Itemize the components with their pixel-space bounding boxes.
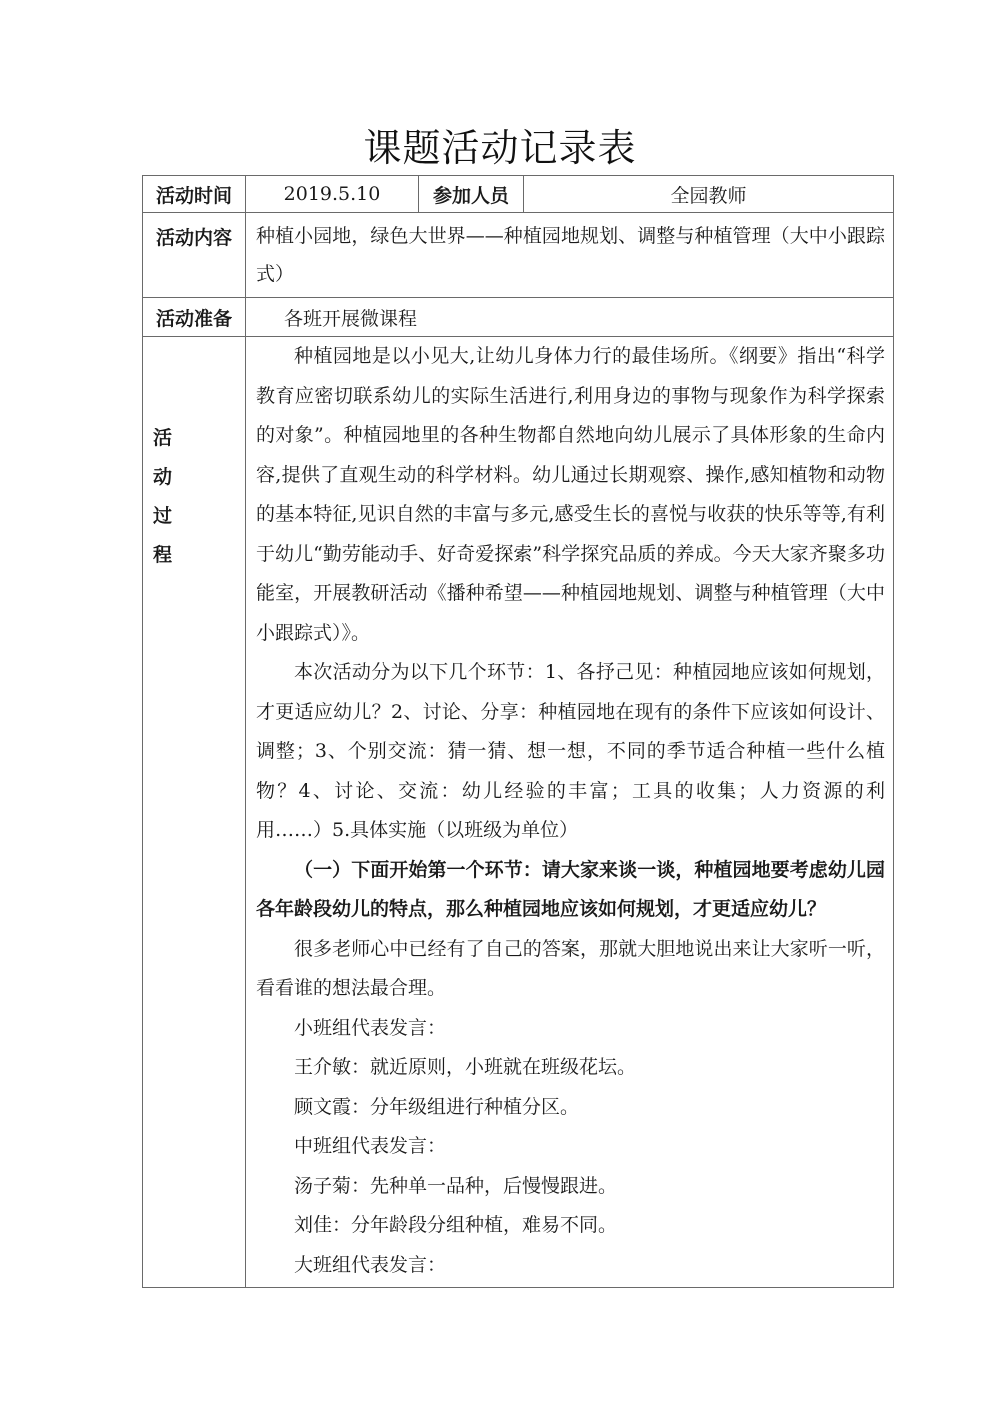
time-value: 2019.5.10 xyxy=(246,176,419,213)
speaker-line: 汤子菊：先种单一品种，后慢慢跟进。 xyxy=(256,1167,885,1207)
speaker-line: 王介敏：就近原则，小班就在班级花坛。 xyxy=(256,1048,885,1088)
prep-row: 活动准备 各班开展微课程 xyxy=(143,298,894,337)
process-label-char: 程 xyxy=(153,536,245,575)
process-paragraph-intro: 种植园地是以小见大,让幼儿身体力行的最佳场所。《纲要》指出“科学教育应密切联系幼… xyxy=(256,337,885,653)
process-label: 活 动 过 程 xyxy=(143,337,245,575)
speaker-group-small: 小班组代表发言： xyxy=(256,1009,885,1049)
process-row: 活 动 过 程 种植园地是以小见大,让幼儿身体力行的最佳场所。《纲要》指出“科学… xyxy=(143,337,894,1288)
speaker-line: 顾文霞：分年级组进行种植分区。 xyxy=(256,1088,885,1128)
process-label-char: 动 xyxy=(153,458,245,497)
speaker-line: 刘佳：分年龄段分组种植，难易不同。 xyxy=(256,1206,885,1246)
process-label-char: 活 xyxy=(153,419,245,458)
process-paragraph-agenda: 本次活动分为以下几个环节：1、各抒己见：种植园地应该如何规划，才更适应幼儿？2、… xyxy=(256,653,885,851)
participants-value: 全园教师 xyxy=(524,176,894,213)
prep-label: 活动准备 xyxy=(143,298,246,337)
speaker-group-large: 大班组代表发言： xyxy=(256,1246,885,1286)
process-label-char: 过 xyxy=(153,497,245,536)
content-label: 活动内容 xyxy=(143,213,246,298)
speaker-group-middle: 中班组代表发言： xyxy=(256,1127,885,1167)
process-content: 种植园地是以小见大,让幼儿身体力行的最佳场所。《纲要》指出“科学教育应密切联系幼… xyxy=(246,337,894,1288)
page-title: 课题活动记录表 xyxy=(0,122,1000,174)
process-paragraph-invite: 很多老师心中已经有了自己的答案，那就大胆地说出来让大家听一听，看看谁的想法最合理… xyxy=(256,930,885,1009)
process-paragraph-section-one: （一）下面开始第一个环节：请大家来谈一谈，种植园地要考虑幼儿园各年龄段幼儿的特点… xyxy=(256,851,885,930)
process-label-cell: 活 动 过 程 xyxy=(143,337,246,1288)
content-row: 活动内容 种植小园地，绿色大世界——种植园地规划、调整与种植管理（大中小跟踪式） xyxy=(143,213,894,298)
content-value: 种植小园地，绿色大世界——种植园地规划、调整与种植管理（大中小跟踪式） xyxy=(246,213,894,298)
time-row: 活动时间 2019.5.10 参加人员 全园教师 xyxy=(143,176,894,213)
participants-label: 参加人员 xyxy=(419,176,524,213)
prep-value: 各班开展微课程 xyxy=(246,298,894,337)
time-label: 活动时间 xyxy=(143,176,246,213)
activity-record-table: 活动时间 2019.5.10 参加人员 全园教师 活动内容 种植小园地，绿色大世… xyxy=(142,175,894,1288)
